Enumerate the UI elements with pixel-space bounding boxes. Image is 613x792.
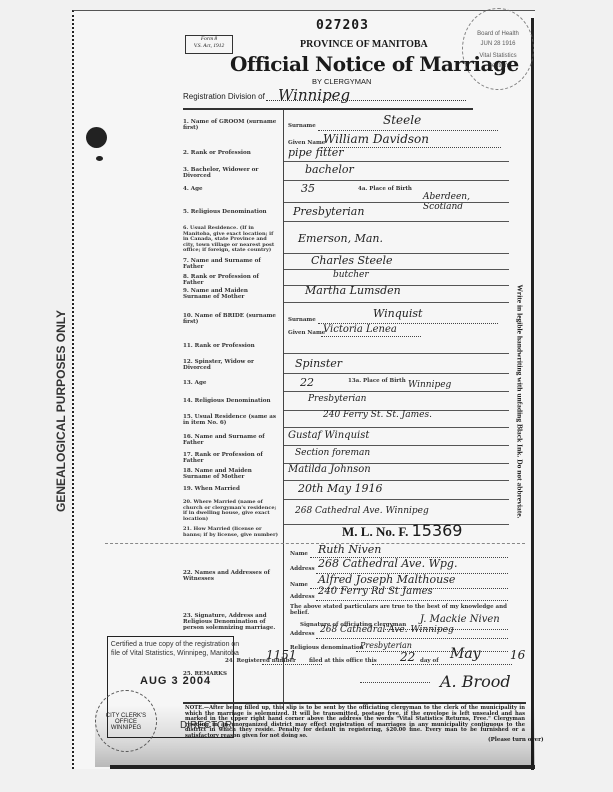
page-bottom-border xyxy=(110,765,535,769)
dotted-line xyxy=(316,638,508,639)
witness1-address-label: Address xyxy=(290,566,315,572)
witness2-name: Alfred Joseph Malthouse xyxy=(318,573,455,586)
marriage-place-value: 268 Cathedral Ave. Winnipeg xyxy=(295,506,429,516)
filed-year: 16 xyxy=(510,648,525,662)
groom-surname-label: Surname xyxy=(288,123,316,129)
groom-father-rank-value: butcher xyxy=(333,270,369,280)
bride-residence-value: 240 Ferry St. St. James. xyxy=(323,410,432,420)
field-line xyxy=(284,221,509,222)
marriage-license-label: 21. How Married (license or banns; if by… xyxy=(183,527,278,538)
bride-status-value: Spinster xyxy=(295,357,342,370)
clergyman-signature: J. Mackie Niven xyxy=(420,614,500,625)
bride-surname: Winquist xyxy=(373,307,422,320)
province-heading: PROVINCE OF MANITOBA xyxy=(300,39,428,50)
serial-number: 027203 xyxy=(316,18,369,33)
bride-birthplace-label: 13a. Place of Birth xyxy=(348,378,406,384)
license-number-value: 15369 xyxy=(412,521,463,540)
groom-birthplace-label: 4a. Place of Birth xyxy=(358,186,412,192)
field-line xyxy=(284,480,509,481)
dotted-line xyxy=(356,651,508,652)
groom-status-label: 3. Bachelor, Widower or Divorced xyxy=(183,167,278,179)
field-line xyxy=(284,269,509,270)
bride-father-rank-label: 17. Rank or Profession of Father xyxy=(183,452,278,464)
bride-name-label: 10. Name of BRIDE (surname first) xyxy=(183,313,278,325)
witnesses-label: 22. Names and Addresses of Witnesses xyxy=(183,570,278,582)
field-line xyxy=(284,302,509,303)
groom-father-rank-label: 8. Rank or Profession of Father xyxy=(183,274,278,286)
bride-birthplace-value: Winnipeg xyxy=(408,380,451,390)
handwriting-instruction: Write in legible handwriting with unfadi… xyxy=(516,285,525,515)
filed-month: May xyxy=(450,646,481,662)
groom-rank-value: pipe fitter xyxy=(288,146,344,159)
genealogical-purposes-label: GENEALOGICAL PURPOSES ONLY xyxy=(54,312,68,512)
bride-mother-value: Matilda Johnson xyxy=(288,464,371,475)
marriage-date-value: 20th May 1916 xyxy=(298,482,383,495)
bride-surname-label: Surname xyxy=(288,317,316,323)
city-clerk-stamp: CITY CLERK'S OFFICE WINNIPEG xyxy=(95,690,157,752)
field-line xyxy=(284,373,509,374)
turn-over-text: (Please turn over) xyxy=(488,737,544,743)
stamp-line-3: Vital Statistics xyxy=(463,53,533,59)
witness2-address: 240 Ferry Rd St James xyxy=(318,586,433,597)
registered-number: 1151 xyxy=(266,648,297,662)
stamp-date: JUN 28 1916 xyxy=(463,41,533,47)
witness2-name-label: Name xyxy=(290,582,308,588)
dotted-line xyxy=(316,600,508,601)
bride-age-label: 13. Age xyxy=(183,380,278,386)
bride-religion-label: 14. Religious Denomination xyxy=(183,398,278,404)
page-right-border xyxy=(531,18,534,770)
dotted-line xyxy=(321,336,421,337)
clergyman-label: 23. Signature, Address and Religious Den… xyxy=(183,613,278,631)
groom-religion-label: 5. Religious Denomination xyxy=(183,209,278,215)
ink-spot-icon xyxy=(96,156,103,161)
stamp-line-1: Board of Health xyxy=(463,31,533,37)
groom-residence-label: 6. Usual Residence. (If in Manitoba, giv… xyxy=(183,226,278,254)
bride-residence-label: 15. Usual Residence (same as in item No.… xyxy=(183,414,278,426)
registration-division-value: Winnipeg xyxy=(278,86,350,104)
filed-label: filed at this office this xyxy=(309,658,377,664)
groom-father-label: 7. Name and Surname of Father xyxy=(183,258,278,270)
groom-surname: Steele xyxy=(383,113,421,127)
witness1-name-label: Name xyxy=(290,551,308,557)
marriage-place-label: 20. Where Married (name of church or cle… xyxy=(183,500,278,522)
bride-status-label: 12. Spinster, Widow or Divorced xyxy=(183,359,278,371)
bride-age-value: 22 xyxy=(300,376,314,389)
field-line xyxy=(284,180,509,181)
bride-father-label: 16. Name and Surname of Father xyxy=(183,434,278,446)
bride-rank-label: 11. Rank or Profession xyxy=(183,343,278,349)
document-subtitle: BY CLERGYMAN xyxy=(312,77,371,86)
dotted-line xyxy=(321,147,501,148)
bride-religion-value: Presbyterian xyxy=(308,394,366,404)
groom-given-name: William Davidson xyxy=(323,132,429,146)
field-line xyxy=(284,499,509,500)
registration-division-label: Registration Division of xyxy=(183,92,265,101)
marriage-date-label: 19. When Married xyxy=(183,486,278,492)
field-line xyxy=(284,391,509,392)
dotted-line xyxy=(372,664,512,665)
punch-hole-icon xyxy=(86,127,107,148)
groom-religion-value: Presbyterian xyxy=(293,205,364,218)
witness1-name: Ruth Niven xyxy=(318,543,381,556)
license-prefix: M. L. No. F. xyxy=(342,524,408,539)
groom-rank-label: 2. Rank or Profession xyxy=(183,150,278,156)
field-line xyxy=(284,161,509,162)
groom-residence-value: Emerson, Man. xyxy=(298,232,383,245)
board-of-health-stamp: Board of Health JUN 28 1916 Vital Statis… xyxy=(462,8,534,90)
note-rule xyxy=(183,702,526,704)
clergyman-address-label: Address xyxy=(290,631,315,637)
bride-mother-label: 18. Name and Maiden Surname of Mother xyxy=(183,468,278,480)
witness1-address: 268 Cathedral Ave. Wpg. xyxy=(318,557,457,570)
field-line xyxy=(284,202,509,203)
bride-father-value: Gustaf Winquist xyxy=(288,430,369,441)
section-divider xyxy=(105,543,525,544)
dotted-line xyxy=(318,130,498,131)
bride-given-name: Victoria Lenea xyxy=(323,324,397,335)
city-stamp-text: CITY CLERK'S OFFICE WINNIPEG xyxy=(101,713,151,731)
clergyman-religion-label: Religious denomination xyxy=(290,645,364,651)
groom-age-label: 4. Age xyxy=(183,186,278,192)
dotted-line xyxy=(262,664,322,665)
note-text: NOTE.—After being filled up, this slip i… xyxy=(185,706,525,740)
certification-text: Certified a true copy of the registratio… xyxy=(110,640,240,658)
header-rule xyxy=(183,108,473,110)
form-number-text: Form 8 V.S. Act, 1912 xyxy=(194,36,225,49)
registrar-signature: A. Brood xyxy=(440,672,511,691)
groom-mother-value: Martha Lumsden xyxy=(305,284,401,297)
witness2-address-label: Address xyxy=(290,594,315,600)
form-number-box: Form 8 V.S. Act, 1912 xyxy=(185,35,233,54)
groom-mother-label: 9. Name and Maiden Surname of Mother xyxy=(183,288,278,300)
clergyman-religion: Presbyterian xyxy=(360,641,412,650)
bride-father-rank-value: Section foreman xyxy=(295,448,370,458)
field-line xyxy=(284,427,509,428)
clergyman-address: 268 Cathedral Ave. Winnipeg xyxy=(320,625,454,635)
field-line xyxy=(284,445,509,446)
field-line xyxy=(284,353,509,354)
dotted-line xyxy=(360,682,430,683)
groom-father-value: Charles Steele xyxy=(311,254,393,267)
filed-day: 22 xyxy=(400,650,415,664)
bride-given-label: Given Name xyxy=(288,330,325,336)
certification-date: AUG 3 2004 xyxy=(140,675,211,687)
groom-age-value: 35 xyxy=(301,182,315,195)
groom-status-value: bachelor xyxy=(305,163,354,176)
groom-name-label: 1. Name of GROOM (surname first) xyxy=(183,119,278,131)
stamp-line-4: Section xyxy=(463,63,533,69)
license-number: M. L. No. F. 15369 xyxy=(342,521,462,540)
